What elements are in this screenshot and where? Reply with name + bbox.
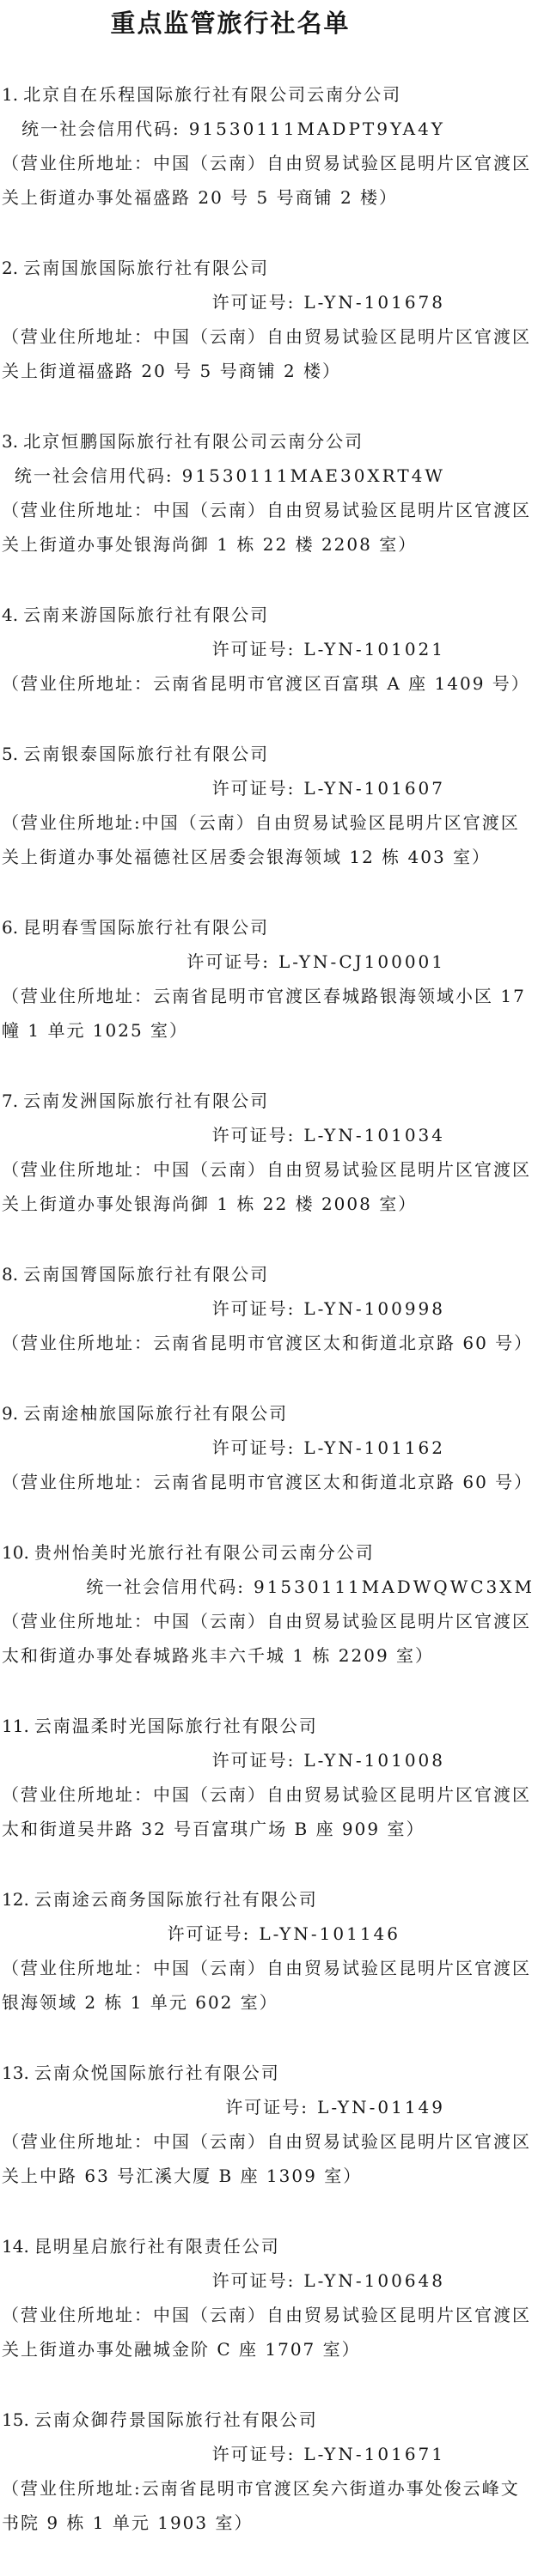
agency-entry: 3.北京恒鹏国际旅行社有限公司云南分公司 统一社会信用代码:91530111MA… <box>0 424 538 562</box>
agency-entry: 15.云南众御荇景国际旅行社有限公司 许可证号:L-YN-101671 （营业住… <box>0 2403 538 2540</box>
agency-name-line: 3.北京恒鹏国际旅行社有限公司云南分公司 <box>0 424 538 459</box>
document-page: 重点监管旅行社名单 1.北京自在乐程国际旅行社有限公司云南分公司 统一社会信用代… <box>0 0 538 2540</box>
agency-address-line: （营业住所地址:云南省昆明市官渡区矣六街道办事处俊云峰文 <box>0 2471 538 2506</box>
agency-index: 11. <box>2 1716 29 1736</box>
agency-name: 云南途云商务国际旅行社有限公司 <box>34 1889 318 1910</box>
agency-code-value: L-YN-101607 <box>303 778 445 799</box>
agency-address-line: （营业住所地址：中国（云南）自由贸易试验区昆明片区官渡区 <box>0 1604 538 1638</box>
agency-index: 9. <box>2 1403 18 1424</box>
agency-code-line: 许可证号:L-YN-101671 <box>0 2437 538 2471</box>
agency-index: 12. <box>2 1889 29 1910</box>
agency-entry: 14.昆明星启旅行社有限责任公司 许可证号:L-YN-100648 （营业住所地… <box>0 2229 538 2366</box>
agency-code-label: 许可证号: <box>212 1125 296 1145</box>
agency-address-line: 关上街道办事处银海尚御 1 栋 22 楼 2008 室） <box>0 1187 538 1221</box>
agency-code-line: 许可证号:L-YN-100648 <box>0 2263 538 2298</box>
agency-code-line: 许可证号:L-YN-101162 <box>0 1431 538 1465</box>
agency-code-label: 许可证号: <box>212 1437 296 1458</box>
agency-name-line: 1.北京自在乐程国际旅行社有限公司云南分公司 <box>0 77 538 112</box>
agency-name-line: 11.云南温柔时光国际旅行社有限公司 <box>0 1709 538 1743</box>
agency-code-label: 许可证号: <box>212 2270 296 2291</box>
agency-address-line: 关上街道福盛路 20 号 5 号商铺 2 楼） <box>0 354 538 388</box>
agency-index: 6. <box>2 917 18 938</box>
agency-entry: 8.云南国膂国际旅行社有限公司 许可证号:L-YN-100998 （营业住所地址… <box>0 1257 538 1360</box>
agency-code-value: 91530111MADPT9YA4Y <box>189 118 445 139</box>
agency-code-line: 统一社会信用代码:91530111MADPT9YA4Y <box>0 112 538 146</box>
agency-code-line: 许可证号:L-YN-101034 <box>0 1118 538 1152</box>
agency-code-line: 许可证号:L-YN-CJ100001 <box>0 945 538 979</box>
agency-code-value: L-YN-101162 <box>303 1437 445 1458</box>
agency-name-line: 6.昆明春雪国际旅行社有限公司 <box>0 910 538 945</box>
agency-code-label: 许可证号: <box>212 1298 296 1319</box>
agency-address-line: （营业住所地址：云南省昆明市官渡区太和街道北京路 60 号） <box>0 1465 538 1499</box>
agency-code-value: L-YN-101008 <box>303 1750 445 1771</box>
agency-code-line: 统一社会信用代码:91530111MAE30XRT4W <box>0 459 538 493</box>
agency-code-value: 91530111MADWQWC3XM <box>254 1577 535 1597</box>
agency-code-label: 许可证号: <box>212 1750 296 1771</box>
agency-address-line: 书院 9 栋 1 单元 1903 室） <box>0 2506 538 2540</box>
agency-index: 4. <box>2 605 18 625</box>
agency-name-line: 10.贵州怡美时光旅行社有限公司云南分公司 <box>0 1535 538 1570</box>
agency-code-line: 许可证号:L-YN-101146 <box>0 1917 538 1951</box>
agency-code-value: L-YN-101678 <box>303 292 445 313</box>
agency-entry: 13.云南众悦国际旅行社有限公司 许可证号:L-YN-01149 （营业住所地址… <box>0 2056 538 2193</box>
agency-name: 云南温柔时光国际旅行社有限公司 <box>34 1716 318 1736</box>
agency-code-value: L-YN-100648 <box>303 2270 445 2291</box>
agency-address-line: 幢 1 单元 1025 室） <box>0 1013 538 1048</box>
agency-code-label: 许可证号: <box>212 2444 296 2464</box>
agency-code-line: 许可证号:L-YN-101678 <box>0 285 538 319</box>
agency-address-line: （营业住所地址：云南省昆明市官渡区太和街道北京路 60 号） <box>0 1326 538 1360</box>
agency-code-label: 许可证号: <box>225 2097 309 2117</box>
agency-code-label: 统一社会信用代码: <box>86 1577 245 1597</box>
agency-entry: 4.云南来游国际旅行社有限公司 许可证号:L-YN-101021 （营业住所地址… <box>0 598 538 701</box>
agency-code-value: L-YN-101146 <box>259 1923 400 1944</box>
agency-name: 云南众御荇景国际旅行社有限公司 <box>34 2409 318 2430</box>
agency-address-line: （营业住所地址:中国（云南）自由贸易试验区昆明片区官渡区 <box>0 805 538 840</box>
agency-name: 北京恒鹏国际旅行社有限公司云南分公司 <box>23 431 364 452</box>
agency-address-line: 关上中路 63 号汇溪大厦 B 座 1309 室） <box>0 2159 538 2193</box>
agency-index: 5. <box>2 744 18 764</box>
agency-address-line: （营业住所地址：中国（云南）自由贸易试验区昆明片区官渡区 <box>0 319 538 354</box>
agency-entry: 9.云南途柚旅国际旅行社有限公司 许可证号:L-YN-101162 （营业住所地… <box>0 1396 538 1499</box>
agency-name: 昆明星启旅行社有限责任公司 <box>34 2236 280 2257</box>
agency-address-line: 关上街道办事处福德社区居委会银海领域 12 栋 403 室） <box>0 840 538 874</box>
agency-address-line: 关上街道办事处福盛路 20 号 5 号商铺 2 楼） <box>0 180 538 215</box>
page-title: 重点监管旅行社名单 <box>0 7 538 39</box>
agency-code-value: L-YN-101034 <box>303 1125 445 1145</box>
agency-name: 云南来游国际旅行社有限公司 <box>23 605 269 625</box>
agency-code-line: 许可证号:L-YN-101607 <box>0 771 538 805</box>
agency-code-value: L-YN-100998 <box>303 1298 445 1319</box>
agency-entry: 2.云南国旅国际旅行社有限公司 许可证号:L-YN-101678 （营业住所地址… <box>0 251 538 388</box>
agency-address-line: 关上街道办事处融城金阶 C 座 1707 室） <box>0 2332 538 2366</box>
agency-name: 云南途柚旅国际旅行社有限公司 <box>23 1403 288 1424</box>
agency-name-line: 15.云南众御荇景国际旅行社有限公司 <box>0 2403 538 2437</box>
agency-index: 13. <box>2 2063 29 2083</box>
agency-code-label: 统一社会信用代码: <box>21 118 180 139</box>
agency-address-line: （营业住所地址：中国（云南）自由贸易试验区昆明片区官渡区 <box>0 2298 538 2332</box>
agency-address-line: 银海领域 2 栋 1 单元 602 室） <box>0 1985 538 2020</box>
agency-index: 3. <box>2 431 18 452</box>
agency-address-line: （营业住所地址：云南省昆明市官渡区百富琪 A 座 1409 号） <box>0 666 538 701</box>
agency-code-value: 91530111MAE30XRT4W <box>182 465 445 486</box>
agency-name: 云南国膂国际旅行社有限公司 <box>23 1264 269 1285</box>
agency-name-line: 12.云南途云商务国际旅行社有限公司 <box>0 1882 538 1917</box>
agency-address-line: （营业住所地址：中国（云南）自由贸易试验区昆明片区官渡区 <box>0 1152 538 1187</box>
agency-name: 云南众悦国际旅行社有限公司 <box>34 2063 280 2083</box>
agency-code-label: 许可证号: <box>212 639 296 659</box>
agency-code-line: 许可证号:L-YN-101008 <box>0 1743 538 1777</box>
agency-code-line: 统一社会信用代码:91530111MADWQWC3XM <box>0 1570 538 1604</box>
agency-code-label: 许可证号: <box>186 951 270 972</box>
agency-index: 10. <box>2 1542 29 1563</box>
agency-name-line: 2.云南国旅国际旅行社有限公司 <box>0 251 538 285</box>
agency-name-line: 8.云南国膂国际旅行社有限公司 <box>0 1257 538 1291</box>
agency-name-line: 9.云南途柚旅国际旅行社有限公司 <box>0 1396 538 1431</box>
agency-name: 云南银泰国际旅行社有限公司 <box>23 744 269 764</box>
agency-entry: 7.云南发洲国际旅行社有限公司 许可证号:L-YN-101034 （营业住所地址… <box>0 1084 538 1221</box>
agency-name: 云南国旅国际旅行社有限公司 <box>23 258 269 278</box>
agency-name: 昆明春雪国际旅行社有限公司 <box>23 917 269 938</box>
agency-index: 1. <box>2 84 18 105</box>
agency-code-label: 统一社会信用代码: <box>15 465 174 486</box>
agency-entry: 11.云南温柔时光国际旅行社有限公司 许可证号:L-YN-101008 （营业住… <box>0 1709 538 1846</box>
agency-code-label: 许可证号: <box>212 292 296 313</box>
agency-index: 15. <box>2 2409 29 2430</box>
agency-code-value: L-YN-101021 <box>303 639 445 659</box>
agency-name: 云南发洲国际旅行社有限公司 <box>23 1091 269 1111</box>
agency-code-line: 许可证号:L-YN-101021 <box>0 632 538 666</box>
agency-name-line: 14.昆明星启旅行社有限责任公司 <box>0 2229 538 2263</box>
agency-address-line: 太和街道办事处春城路兆丰六千城 1 栋 2209 室） <box>0 1638 538 1673</box>
agency-entry: 12.云南途云商务国际旅行社有限公司 许可证号:L-YN-101146 （营业住… <box>0 1882 538 2020</box>
agency-name: 贵州怡美时光旅行社有限公司云南分公司 <box>34 1542 375 1563</box>
agency-entry: 5.云南银泰国际旅行社有限公司 许可证号:L-YN-101607 （营业住所地址… <box>0 737 538 874</box>
agency-name-line: 13.云南众悦国际旅行社有限公司 <box>0 2056 538 2090</box>
agency-index: 8. <box>2 1264 18 1285</box>
agency-index: 2. <box>2 258 18 278</box>
agency-address-line: （营业住所地址：中国（云南）自由贸易试验区昆明片区官渡区 <box>0 2124 538 2159</box>
agency-address-line: 太和街道吴井路 32 号百富琪广场 B 座 909 室） <box>0 1812 538 1846</box>
agency-address-line: （营业住所地址：中国（云南）自由贸易试验区昆明片区官渡区 <box>0 1777 538 1812</box>
agency-entry: 10.贵州怡美时光旅行社有限公司云南分公司 统一社会信用代码:91530111M… <box>0 1535 538 1673</box>
agency-name-line: 7.云南发洲国际旅行社有限公司 <box>0 1084 538 1118</box>
agency-name-line: 5.云南银泰国际旅行社有限公司 <box>0 737 538 771</box>
agency-address-line: （营业住所地址：中国（云南）自由贸易试验区昆明片区官渡区 <box>0 1951 538 1985</box>
agency-code-label: 许可证号: <box>168 1923 251 1944</box>
agency-code-value: L-YN-01149 <box>317 2097 445 2117</box>
agency-index: 14. <box>2 2236 29 2257</box>
agency-address-line: 关上街道办事处银海尚御 1 栋 22 楼 2208 室） <box>0 527 538 562</box>
agency-address-line: （营业住所地址：云南省昆明市官渡区春城路银海领域小区 17 <box>0 979 538 1013</box>
agency-code-line: 许可证号:L-YN-100998 <box>0 1291 538 1326</box>
agency-code-value: L-YN-CJ100001 <box>278 951 445 972</box>
agency-address-line: （营业住所地址：中国（云南）自由贸易试验区昆明片区官渡区 <box>0 493 538 527</box>
agency-index: 7. <box>2 1091 18 1111</box>
agency-code-line: 许可证号:L-YN-01149 <box>0 2090 538 2124</box>
agency-list: 1.北京自在乐程国际旅行社有限公司云南分公司 统一社会信用代码:91530111… <box>0 77 538 2540</box>
agency-entry: 6.昆明春雪国际旅行社有限公司 许可证号:L-YN-CJ100001 （营业住所… <box>0 910 538 1048</box>
agency-entry: 1.北京自在乐程国际旅行社有限公司云南分公司 统一社会信用代码:91530111… <box>0 77 538 215</box>
agency-name: 北京自在乐程国际旅行社有限公司云南分公司 <box>23 84 401 105</box>
agency-name-line: 4.云南来游国际旅行社有限公司 <box>0 598 538 632</box>
agency-address-line: （营业住所地址：中国（云南）自由贸易试验区昆明片区官渡区 <box>0 146 538 180</box>
agency-code-value: L-YN-101671 <box>303 2444 445 2464</box>
agency-code-label: 许可证号: <box>212 778 296 799</box>
